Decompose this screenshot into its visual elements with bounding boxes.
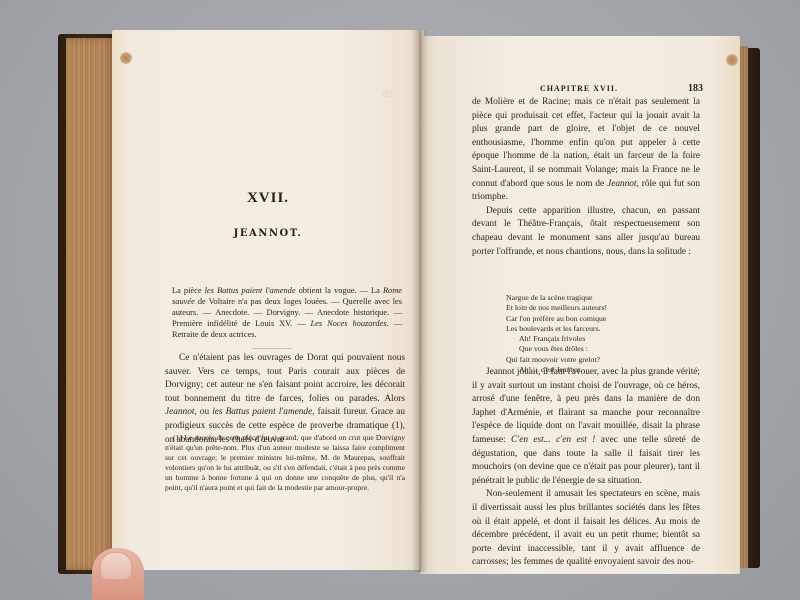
verse-line: Et loin de nos meilleurs auteurs! <box>506 303 607 313</box>
chapter-summary: La pièce les Battus paient l'amende obti… <box>172 285 402 340</box>
page-block-edge-left <box>66 38 116 570</box>
foxing-stain <box>726 54 738 66</box>
summary-divider <box>252 348 292 349</box>
footnote: (1) Le succès de cette pièce fut si gran… <box>165 433 405 493</box>
verse-line: Car l'on préfère au bon comique <box>506 314 607 324</box>
left-page: 181 XVII. JEANNOT. La pièce les Battus p… <box>112 30 424 570</box>
show-through-page-number: 181 <box>380 88 394 100</box>
chapter-number: XVII. <box>112 190 424 207</box>
book-gutter <box>412 30 428 572</box>
thumbnail <box>100 552 132 580</box>
right-page: CHAPITRE XVII. 183 de Molière et de Raci… <box>420 36 740 574</box>
chapter-title: JEANNOT. <box>112 228 424 239</box>
right-body-text: de Molière et de Racine; mais ce n'était… <box>472 96 700 259</box>
foxing-stain <box>120 52 132 64</box>
page-number: 183 <box>688 83 703 94</box>
running-head: CHAPITRE XVII. <box>540 84 618 93</box>
thumb <box>92 548 144 600</box>
right-body-text-continued: Jeannot jouait, il faut l'avouer, avec l… <box>472 366 700 570</box>
verse-line: Les boulevards et les farceurs. <box>506 324 607 334</box>
verse-line: Que vous êtes drôles : <box>506 344 607 354</box>
verse-line: Nargue de la scène tragique <box>506 293 607 303</box>
verse-line: Ah! Français frivoles <box>506 334 607 344</box>
verse-line: Qui fait mouvoir votre grelot? <box>506 355 607 365</box>
song-verse: Nargue de la scène tragique Et loin de n… <box>506 293 607 375</box>
